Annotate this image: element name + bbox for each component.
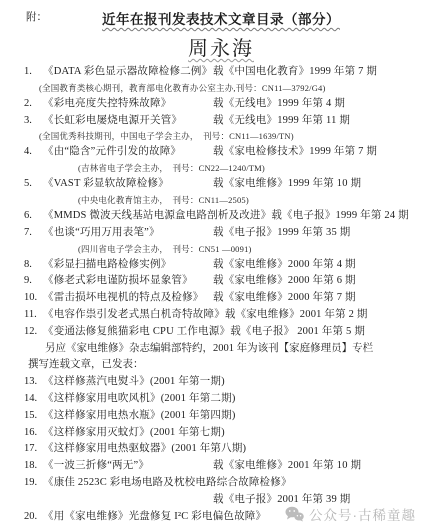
item-publication: (2001 年第七期) bbox=[150, 427, 225, 438]
item-publication: 载《家电维修》2001 年第 2 期 bbox=[225, 309, 368, 320]
list-item: 2.《彩电亮度失控特殊故障》载《无线电》1999 年第 4 期 bbox=[24, 96, 418, 113]
list-item: 3.《长虹彩电屡烧电源开关管》载《无线电》1999 年第 11 期 bbox=[24, 113, 418, 130]
item-title: 《这样修家用电吹风机》 bbox=[43, 393, 161, 404]
item-number: 1. bbox=[24, 64, 43, 81]
item-title: 《由“隐含”元件引发的故障》 bbox=[43, 144, 213, 161]
item-number: 3. bbox=[24, 113, 43, 130]
item-number: 11. bbox=[24, 307, 43, 324]
list-item: 16.《这样修家用灭蚊灯》(2001 年第七期) bbox=[24, 425, 418, 442]
item-title: 《VAST 彩显软故障检修》 bbox=[43, 176, 213, 193]
item-title: 《电容作祟引发老式黑白机奇特故障》 bbox=[43, 307, 225, 324]
journal-note: (吉林省电子学会主办， 刊号：CN22—1240/TM) bbox=[78, 163, 418, 174]
journal-note: (全国优秀科技期刊，中国电子学会主办， 刊号：CN11—1639/TN) bbox=[39, 131, 418, 142]
item-publication: 载《家电维修》2001 年第 10 期 bbox=[213, 460, 361, 471]
item-number: 20. bbox=[24, 509, 43, 526]
item-number: 4. bbox=[24, 144, 43, 161]
item-publication: 载《电子报》 2001 年第 5 期 bbox=[230, 326, 365, 337]
item-title: 《这样修蒸汽电熨斗》 bbox=[43, 376, 150, 387]
item-number: 15. bbox=[24, 408, 43, 425]
item-number: 6. bbox=[24, 208, 43, 225]
item-number: 16. bbox=[24, 425, 43, 442]
list-item: 13.《这样修蒸汽电熨斗》(2001 年第一期) bbox=[24, 374, 418, 391]
watermark-text: 公众号·古稀童趣 bbox=[309, 504, 416, 524]
item-publication: 载《电子报》1999 年第 35 期 bbox=[213, 227, 350, 238]
journal-note: (四川省电子学会主办， 刊号：CN51 —0091) bbox=[78, 244, 418, 255]
author-name: 周永海 bbox=[24, 32, 418, 61]
item-publication: 载《家电检修技术》1999 年第 7 期 bbox=[213, 146, 377, 157]
list-item: 12.《变通法修复熊猫彩电 CPU 工作电源》载《电子报》 2001 年第 5 … bbox=[24, 324, 418, 341]
page-title: 近年在报刊发表技术文章目录（部分） bbox=[24, 8, 418, 28]
item-title: 《这样修家用电热驱蚊器》 bbox=[43, 443, 171, 454]
item-publication: 载《家电维修》2000 年第 7 期 bbox=[213, 292, 356, 303]
item-number: 19. bbox=[24, 475, 43, 492]
item-continuation: 另应《家电维修》杂志编辑部特约，2001 年为该刊【家庭修理员】专栏 bbox=[45, 341, 418, 358]
item-publication: 载《无线电》1999 年第 4 期 bbox=[213, 98, 345, 109]
list-item: 8.《彩显扫描电路检修实例》载《家电维修》2000 年第 4 期 bbox=[24, 257, 418, 274]
item-title: 《变通法修复熊猫彩电 CPU 工作电源》 bbox=[43, 324, 230, 341]
list-item: 17.《这样修家用电热驱蚊器》(2001 年第八期) bbox=[24, 441, 418, 458]
item-title: 《彩电亮度失控特殊故障》 bbox=[43, 96, 213, 113]
item-publication: 载《无线电》1999 年第 11 期 bbox=[213, 115, 350, 126]
journal-note: (全国教育类核心期刊，教育部电化教育办公室主办,刊号：CN11—3792/G4) bbox=[39, 83, 418, 94]
item-title: 《彩显扫描电路检修实例》 bbox=[43, 257, 213, 274]
item-number: 5. bbox=[24, 176, 43, 193]
item-title: 《这样修家用灭蚊灯》 bbox=[43, 427, 150, 438]
item-title: 《修老式彩电谨防损坏显象管》 bbox=[43, 273, 213, 290]
list-item: 7.《也谈“巧用万用表笔”》载《电子报》1999 年第 35 期 bbox=[24, 225, 418, 242]
item-publication: (2001 年第一期) bbox=[150, 376, 225, 387]
item-number: 9. bbox=[24, 273, 43, 290]
item-title: 《DATA 彩色显示器故障检修二例》 bbox=[43, 64, 213, 81]
item-title: 《长虹彩电屡烧电源开关管》 bbox=[43, 113, 213, 130]
item-number: 10. bbox=[24, 290, 43, 307]
list-item: 5.《VAST 彩显软故障检修》载《家电维修》1999 年第 10 期 bbox=[24, 176, 418, 193]
item-publication: (2001 年第八期) bbox=[171, 443, 246, 454]
item-number: 7. bbox=[24, 225, 43, 242]
list-item: 11.《电容作祟引发老式黑白机奇特故障》载《家电维修》2001 年第 2 期 bbox=[24, 307, 418, 324]
item-publication: 载《电子报》1999 年第 24 期 bbox=[271, 210, 408, 221]
item-number: 17. bbox=[24, 441, 43, 458]
item-title: 《MMDS 微波天线基站电源盒电路剖析及改进》 bbox=[43, 208, 271, 225]
item-title: 《这样修家用电热水瓶》 bbox=[43, 410, 161, 421]
item-number: 13. bbox=[24, 374, 43, 391]
item-publication: 载《中国电化教育》1999 年第 7 期 bbox=[213, 66, 377, 77]
list-item: 15.《这样修家用电热水瓶》(2001 年第四期) bbox=[24, 408, 418, 425]
item-title: 《雷击损坏电视机的特点及检修》 bbox=[43, 290, 213, 307]
watermark: 公众号·古稀童趣 bbox=[285, 504, 416, 524]
article-list: 1.《DATA 彩色显示器故障检修二例》载《中国电化教育》1999 年第 7 期… bbox=[24, 64, 418, 525]
wechat-icon bbox=[285, 506, 304, 522]
list-item: 6.《MMDS 微波天线基站电源盒电路剖析及改进》载《电子报》1999 年第 2… bbox=[24, 208, 418, 225]
journal-note: (中央电化教育馆主办， 刊号：CN11—2505) bbox=[78, 195, 418, 206]
item-number: 8. bbox=[24, 257, 43, 274]
item-continuation: 撰写连载文章，已发表： bbox=[28, 357, 418, 374]
item-publication: 载《家电维修》2000 年第 6 期 bbox=[213, 275, 356, 286]
list-item: 14.《这样修家用电吹风机》(2001 年第二期) bbox=[24, 391, 418, 408]
item-number: 14. bbox=[24, 391, 43, 408]
item-publication: (2001 年第四期) bbox=[161, 410, 236, 421]
item-number: 2. bbox=[24, 96, 43, 113]
item-title: 《康佳 2523C 彩电场电路及枕校电路综合故障检修》 bbox=[43, 475, 292, 492]
item-number: 12. bbox=[24, 324, 43, 341]
item-publication: (2001 年第二期) bbox=[161, 393, 236, 404]
item-title: 《也谈“巧用万用表笔”》 bbox=[43, 225, 213, 242]
list-item: 18.《一波三折修“两无”》载《家电维修》2001 年第 10 期 bbox=[24, 458, 418, 475]
list-item: 9.《修老式彩电谨防损坏显象管》载《家电维修》2000 年第 6 期 bbox=[24, 273, 418, 290]
item-publication: 载《家电维修》2000 年第 4 期 bbox=[213, 259, 356, 270]
attachment-label: 附： bbox=[26, 9, 47, 24]
item-title: 《用《家电维修》光盘修复 I²C 彩电偏色故障》 bbox=[43, 511, 266, 522]
document-page: 附： 近年在报刊发表技术文章目录（部分） 周永海 1.《DATA 彩色显示器故障… bbox=[0, 0, 424, 531]
item-publication: 载《家电维修》1999 年第 10 期 bbox=[213, 178, 361, 189]
item-number: 18. bbox=[24, 458, 43, 475]
list-item: 10.《雷击损坏电视机的特点及检修》载《家电维修》2000 年第 7 期 bbox=[24, 290, 418, 307]
list-item: 4.《由“隐含”元件引发的故障》载《家电检修技术》1999 年第 7 期 bbox=[24, 144, 418, 161]
list-item: 1.《DATA 彩色显示器故障检修二例》载《中国电化教育》1999 年第 7 期 bbox=[24, 64, 418, 81]
item-title: 《一波三折修“两无”》 bbox=[43, 458, 213, 475]
